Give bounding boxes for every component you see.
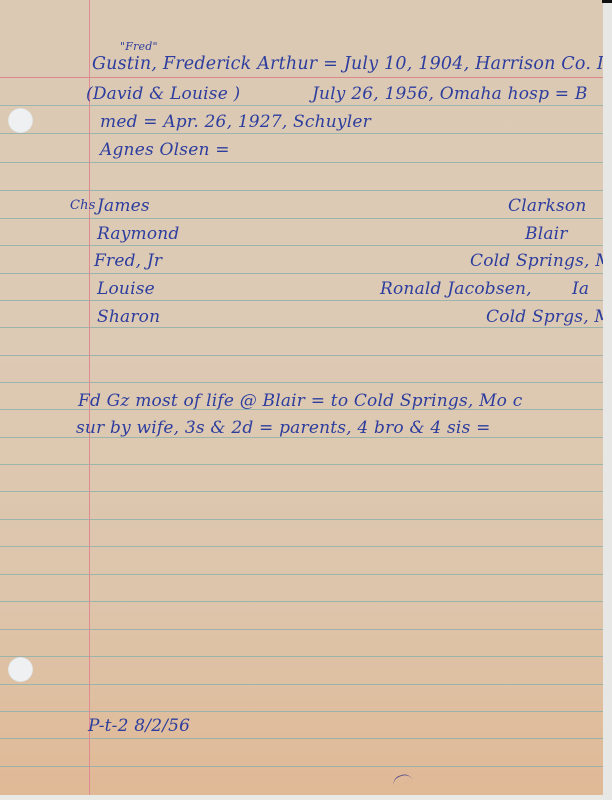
rule-line bbox=[0, 162, 603, 163]
rule-line bbox=[0, 218, 603, 219]
rule-line bbox=[0, 190, 603, 191]
child-location: Clarkson bbox=[508, 196, 587, 216]
rule-line bbox=[0, 355, 603, 356]
top-red-rule bbox=[0, 77, 603, 78]
rule-line bbox=[0, 382, 603, 383]
note-line: Fd Gz most of life @ Blair = to Cold Spr… bbox=[78, 391, 522, 411]
punch-hole-bottom bbox=[8, 657, 33, 682]
child-location: Cold Springs, Mo bbox=[470, 251, 603, 271]
footer-date: P-t-2 8/2/56 bbox=[88, 716, 190, 736]
child-name: James bbox=[97, 196, 150, 216]
header-name-birth: Gustin, Frederick Arthur = July 10, 1904… bbox=[92, 54, 603, 74]
nickname: "Fred" bbox=[120, 40, 158, 53]
rule-line bbox=[0, 327, 603, 328]
rule-line bbox=[0, 656, 603, 657]
rule-line bbox=[0, 105, 603, 106]
rule-line bbox=[0, 766, 603, 767]
rule-line bbox=[0, 491, 603, 492]
marriage-info: med = Apr. 26, 1927, Schuyler bbox=[100, 112, 371, 132]
child-location: Blair bbox=[525, 224, 568, 244]
note-line: sur by wife, 3s & 2d = parents, 4 bro & … bbox=[76, 418, 491, 438]
rule-line bbox=[0, 601, 603, 602]
child-location: Cold Sprgs, Mo. bbox=[486, 307, 603, 327]
rule-line bbox=[0, 519, 603, 520]
scan-edge bbox=[603, 0, 612, 800]
child-location: Ia bbox=[572, 279, 589, 299]
parents: (David & Louise ) bbox=[86, 84, 240, 104]
stray-ink-mark bbox=[391, 772, 413, 787]
death-info: July 26, 1956, Omaha hosp = B bbox=[312, 84, 588, 104]
child-spouse: Ronald Jacobsen, bbox=[380, 279, 532, 299]
child-name: Raymond bbox=[97, 224, 180, 244]
scan-corner bbox=[602, 0, 612, 3]
rule-line bbox=[0, 738, 603, 739]
rule-line bbox=[0, 133, 603, 134]
ruled-paper-page: "Fred" Gustin, Frederick Arthur = July 1… bbox=[0, 0, 603, 795]
child-name: Sharon bbox=[97, 307, 160, 327]
spouse-name: Agnes Olsen = bbox=[100, 140, 230, 160]
rule-line bbox=[0, 273, 603, 274]
rule-line bbox=[0, 546, 603, 547]
rule-line bbox=[0, 684, 603, 685]
rule-line bbox=[0, 245, 603, 246]
children-label: Chs bbox=[70, 198, 96, 213]
rule-line bbox=[0, 464, 603, 465]
child-name: Fred, Jr bbox=[94, 251, 162, 271]
child-name: Louise bbox=[97, 279, 155, 299]
rule-line bbox=[0, 711, 603, 712]
rule-line bbox=[0, 574, 603, 575]
rule-line bbox=[0, 629, 603, 630]
rule-line bbox=[0, 300, 603, 301]
punch-hole-top bbox=[8, 108, 33, 133]
